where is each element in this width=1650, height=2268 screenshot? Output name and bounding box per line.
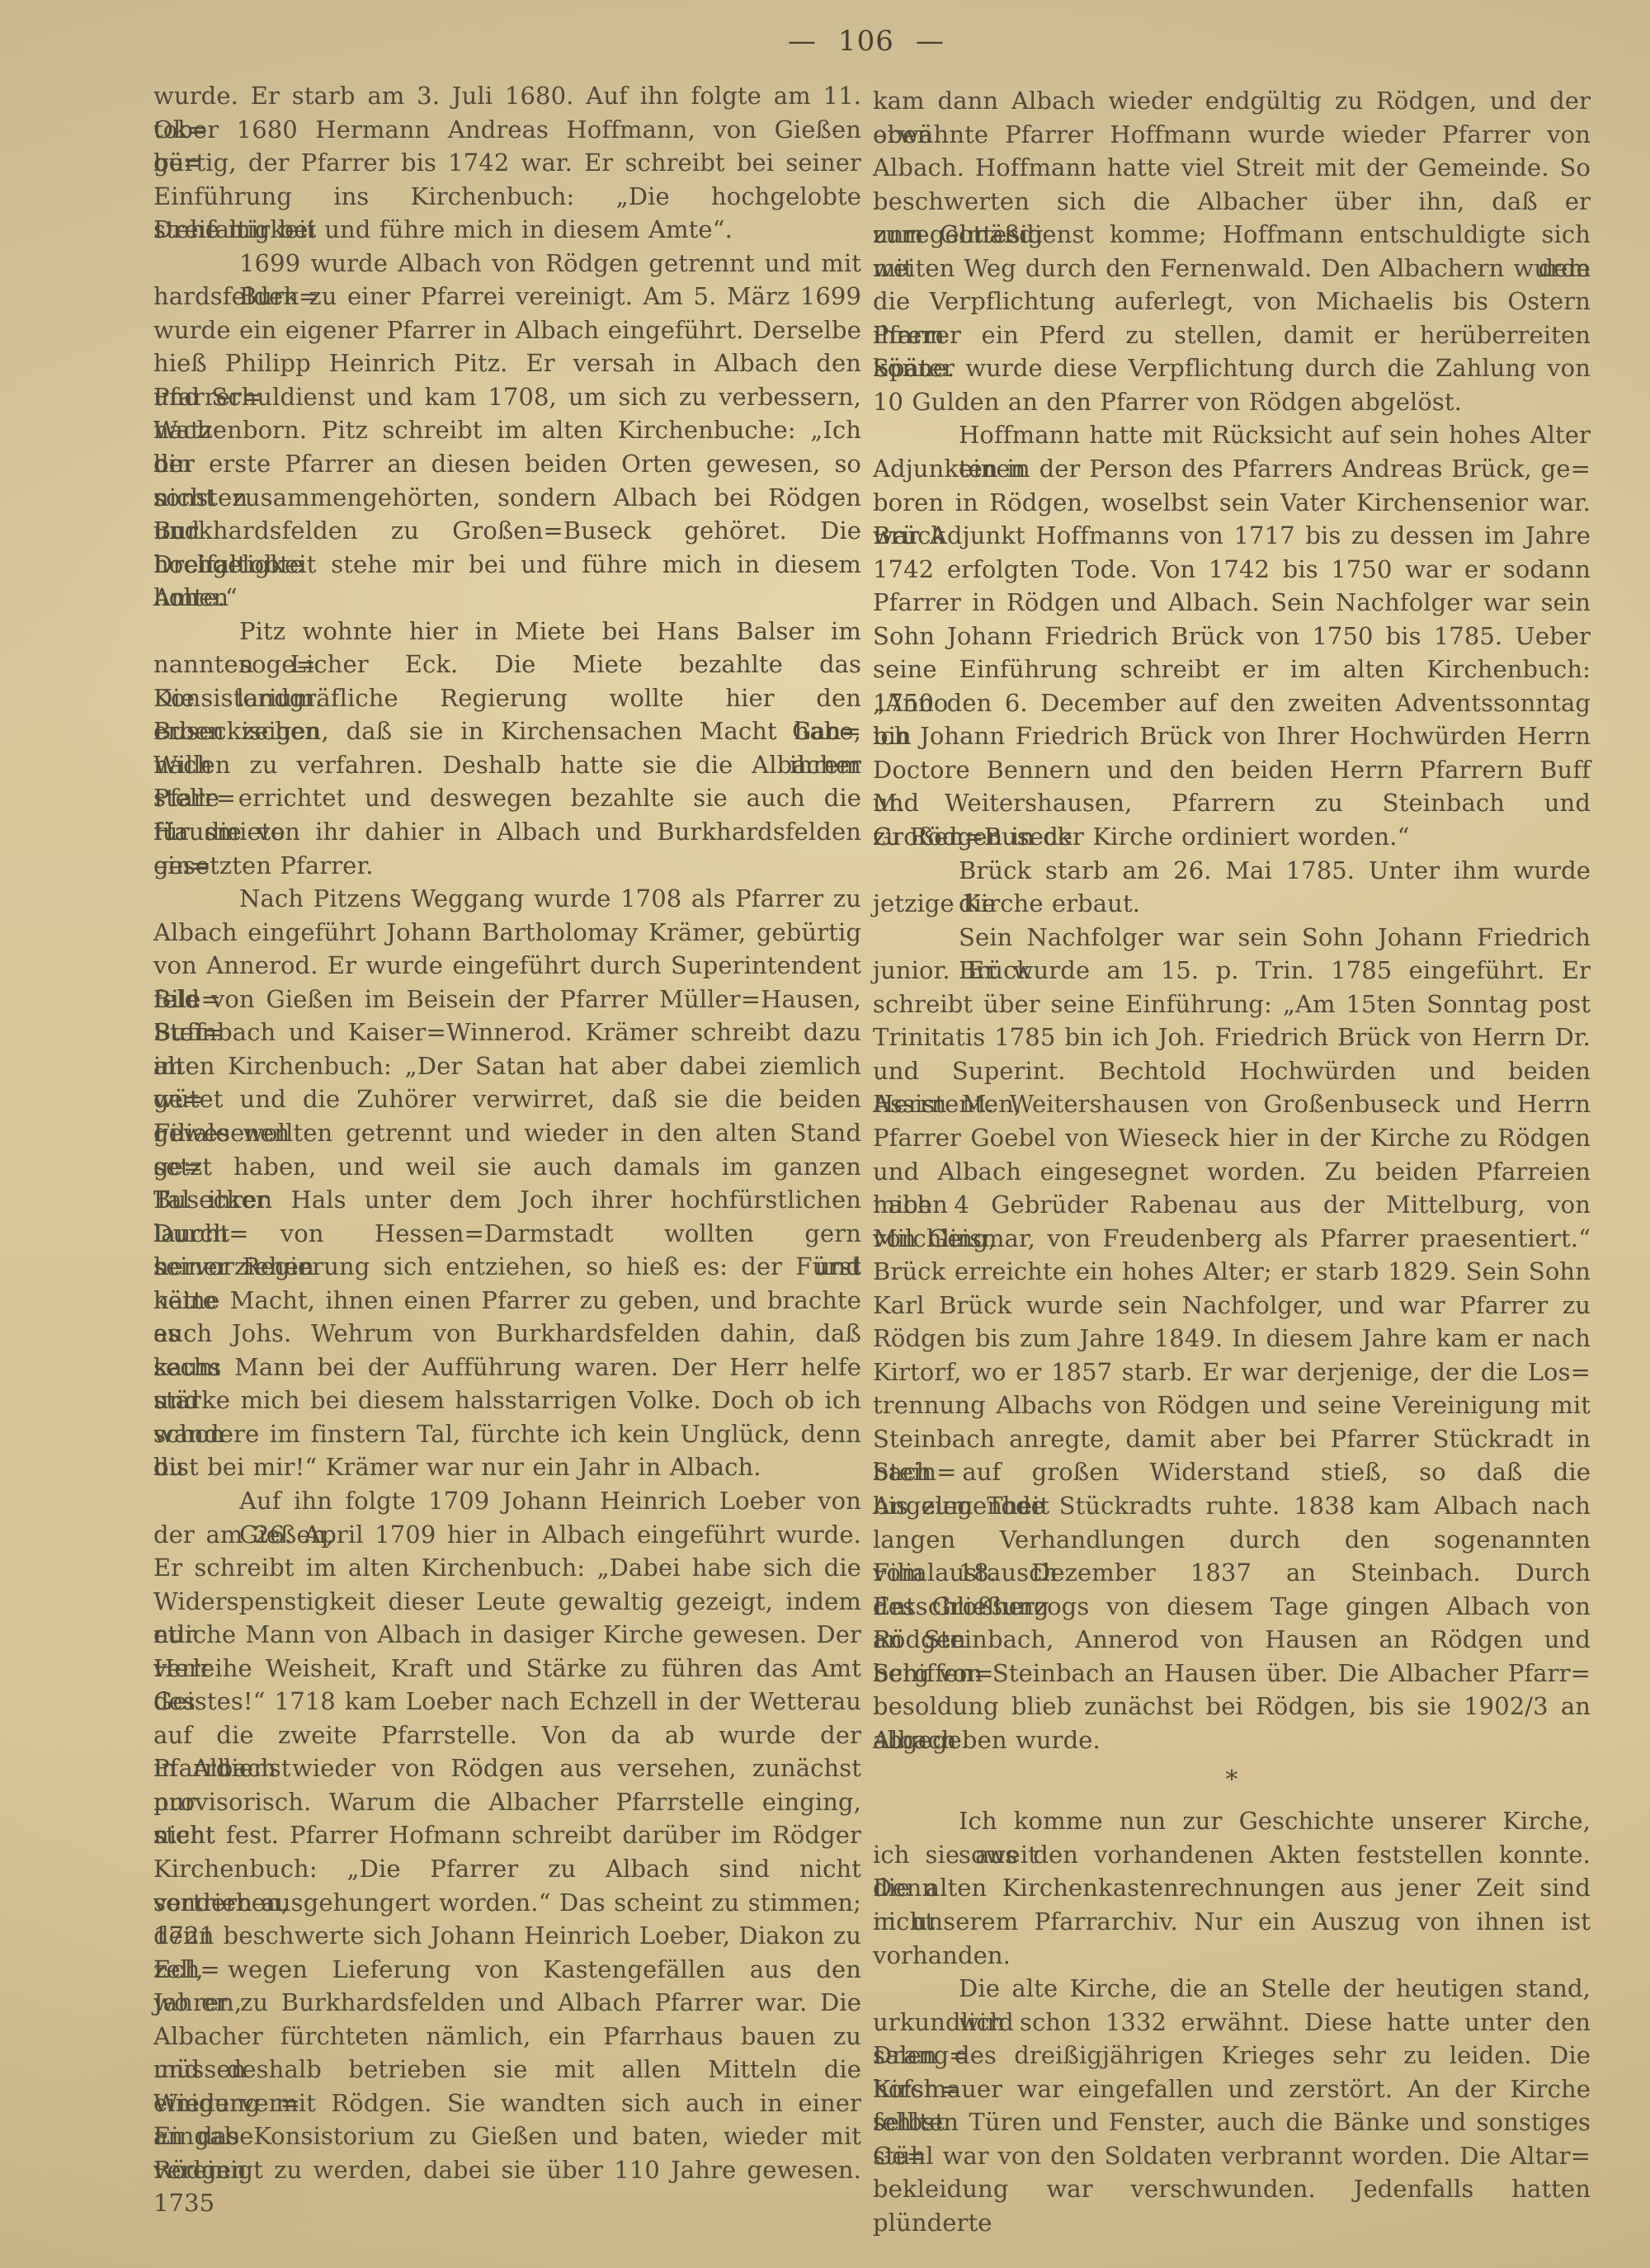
text-line: Sohn Johann Friedrich Brück von 1750 bis…: [873, 620, 1591, 653]
text-line: Pfarrer ein Pferd zu stellen, damit er h…: [873, 318, 1591, 352]
text-line: Albach eingeführt Johann Bartholomay Krä…: [153, 916, 861, 950]
text-line: in unserem Pfarrarchiv. Nur ein Auszug v…: [873, 1905, 1591, 1939]
text-line: abgegeben wurde.: [873, 1723, 1591, 1757]
page-number: 106: [838, 25, 894, 58]
text-line: zum Gottesdienst komme; Hoffmann entschu…: [873, 218, 1591, 252]
text-line: bürtig, der Pfarrer bis 1742 war. Er sch…: [153, 146, 861, 180]
text-line: verleihe Weisheit, Kraft und Stärke zu f…: [153, 1652, 861, 1686]
text-line: Willen zu verfahren. Deshalb hatte sie d…: [153, 748, 861, 782]
text-line: hofsmauer war eingefallen und zerstört. …: [873, 2072, 1591, 2106]
text-line: der erste Pfarrer an diesen beiden Orten…: [153, 447, 861, 481]
text-line: Nach Pitzens Weggang wurde 1708 als Pfar…: [153, 882, 861, 916]
text-line: Tal ihren Hals unter dem Joch ihrer hoch…: [153, 1183, 861, 1217]
text-line: Steinbach anregte, damit aber bei Pfarre…: [873, 1422, 1591, 1456]
text-line: Ich komme nun zur Geschichte unserer Kir…: [873, 1804, 1591, 1838]
text-line: Hoffmann hatte mit Rücksicht auf sein ho…: [873, 418, 1591, 452]
text-line: setzt haben, und weil sie auch damals im…: [153, 1150, 861, 1184]
text-line: Pfarrer in Rödgen und Albach. Sein Nachf…: [873, 586, 1591, 620]
text-line: Kirtorf, wo er 1857 starb. Er war derjen…: [873, 1356, 1591, 1389]
text-line: ich sie aus den vorhandenen Akten festst…: [873, 1838, 1591, 1872]
text-line: des Großherzogs von diesem Tage gingen A…: [873, 1590, 1591, 1624]
text-line: stehe mir bei und führe mich in diesem A…: [153, 213, 861, 247]
text-line: Er schreibt im alten Kirchenbuch: „Dabei…: [153, 1551, 861, 1585]
text-line: berg von Steinbach an Hausen über. Die A…: [873, 1657, 1591, 1690]
text-line: nicht fest. Pfarrer Hofmann schreibt dar…: [153, 1818, 861, 1852]
text-line: Rödgen bis zum Jahre 1849. In diesem Jah…: [873, 1322, 1591, 1356]
text-line: fehlten Türen und Fenster, auch die Bänk…: [873, 2105, 1591, 2139]
text-line: stelle errichtet und deswegen bezahlte s…: [153, 781, 861, 815]
text-line: erben zeigen, daß sie in Kirchensachen M…: [153, 714, 861, 748]
text-line: an Steinbach, Annerod von Hausen an Rödg…: [873, 1623, 1591, 1657]
text-line: zu Rödgen in der Kirche ordiniert worden…: [873, 820, 1591, 854]
text-line: 1742 erfolgten Tode. Von 1742 bis 1750 w…: [873, 553, 1591, 587]
text-line: auch Johs. Wehrum von Burkhardsfelden da…: [153, 1317, 861, 1351]
text-line: stärke mich bei diesem halsstarrigen Vol…: [153, 1384, 861, 1417]
text-line: Später wurde diese Verpflichtung durch d…: [873, 351, 1591, 385]
text-line: Dreifaltigkeit stehe mir bei und führe m…: [153, 548, 861, 582]
text-line: sechs Mann bei der Aufführung waren. Der…: [153, 1351, 861, 1384]
text-line: und Schuldienst und kam 1708, um sich zu…: [153, 380, 861, 414]
text-line: nicht zusammengehörten, sondern Albach b…: [153, 481, 861, 515]
text-line: sondern ausgehungert worden.“ Das schein…: [153, 1886, 861, 1920]
text-line: von Geismar, von Freudenberg als Pfarrer…: [873, 1222, 1591, 1256]
text-line: Watzenborn. Pitz schreibt im alten Kirch…: [153, 413, 861, 447]
text-line: wütet und die Zuhörer verwirret, daß sie…: [153, 1082, 861, 1116]
text-line: Albach. Hoffmann hatte viel Streit mit d…: [873, 151, 1591, 185]
text-line: von Annerod. Er wurde eingeführt durch S…: [153, 949, 861, 983]
text-line: hieß Philipp Heinrich Pitz. Er versah in…: [153, 347, 861, 380]
text-line: boren in Rödgen, woselbst sein Vater Kir…: [873, 486, 1591, 520]
text-column-left: wurde. Er starb am 3. Juli 1680. Auf ihn…: [153, 79, 861, 2186]
text-line: Karl Brück wurde sein Nachfolger, und wa…: [873, 1289, 1591, 1323]
text-line: und Albach eingesegnet worden. Zu beiden…: [873, 1155, 1591, 1189]
text-line: einigung mit Rödgen. Sie wandten sich au…: [153, 2086, 861, 2120]
text-line: Albacher fürchteten nämlich, ein Pfarrha…: [153, 2020, 861, 2053]
text-line: junior. Er wurde am 15. p. Trin. 1785 ei…: [873, 954, 1591, 988]
page-header: —106—: [82, 25, 1650, 58]
text-line: ich Johann Friedrich Brück von Ihrer Hoc…: [873, 719, 1591, 753]
text-line: seine Einführung schreibt er im alten Ki…: [873, 653, 1591, 686]
text-line: keine Macht, ihnen einen Pfarrer zu gebe…: [153, 1284, 861, 1318]
text-line: für die von ihr dahier in Albach und Bur…: [153, 815, 861, 849]
text-line: urkundlich schon 1332 erwähnt. Diese hat…: [873, 2006, 1591, 2039]
text-line: laucht von Hessen=Darmstadt wollten gern…: [153, 1217, 861, 1251]
text-line: Amte.“: [153, 581, 861, 615]
text-line: hardsfelden zu einer Pfarrei vereinigt. …: [153, 280, 861, 314]
text-line: Auf ihn folgte 1709 Johann Heinrich Loeb…: [153, 1484, 861, 1518]
text-line: Einführung ins Kirchenbuch: „Die hochgel…: [153, 180, 861, 214]
text-line: Widerspenstigkeit dieser Leute gewaltig …: [153, 1585, 861, 1619]
text-line: vorhanden.: [873, 1939, 1591, 1973]
text-line: vereinigt zu werden, dabei sie über 110 …: [153, 2153, 861, 2187]
text-line: die Verpflichtung auferlegt, von Michael…: [873, 285, 1591, 318]
text-line: Doctore Bennern und den beiden Herrn Pfa…: [873, 753, 1591, 787]
text-line: wo er zu Burkhardsfelden und Albach Pfar…: [153, 1986, 861, 2020]
text-line: gesetzten Pfarrer.: [153, 849, 861, 883]
text-line: Kirchenbuch: „Die Pfarrer zu Albach sind…: [153, 1852, 861, 1886]
text-line: M. Weitershausen, Pfarrern zu Steinbach …: [873, 786, 1591, 820]
text-line: tober 1680 Hermann Andreas Hoffmann, von…: [153, 113, 861, 147]
text-line: an das Konsistorium zu Gießen und baten,…: [153, 2119, 861, 2153]
text-line: Steinbach und Kaiser=Winnerod. Krämer sc…: [153, 1016, 861, 1049]
text-line: beschwerten sich die Albacher über ihn, …: [873, 185, 1591, 219]
text-line: zell, wegen Lieferung von Kastengefällen…: [153, 1953, 861, 1987]
text-line: schreibt über seine Einführung: „Am 15te…: [873, 988, 1591, 1021]
text-line: 10 Gulden an den Pfarrer von Rödgen abge…: [873, 385, 1591, 419]
text-line: war Adjunkt Hoffmanns von 1717 bis zu de…: [873, 519, 1591, 553]
text-line: Geistes!“ 1718 kam Loeber nach Echzell i…: [153, 1685, 861, 1719]
text-line: 1721 beschwerte sich Johann Heinrich Loe…: [153, 1919, 861, 1953]
text-line: jetzige Kirche erbaut.: [873, 887, 1591, 921]
text-line: die alten Kirchenkastenrechnungen aus je…: [873, 1871, 1591, 1905]
text-line: besoldung blieb zunächst bei Rödgen, bis…: [873, 1690, 1591, 1723]
text-line: Herrn M. Weitershausen von Großenbuseck …: [873, 1087, 1591, 1121]
text-line: Brück starb am 26. Mai 1785. Unter ihm w…: [873, 854, 1591, 888]
text-line: wandere im finstern Tal, fürchte ich kei…: [153, 1417, 861, 1451]
text-line: 1750 den 6. December auf den zweiten Adv…: [873, 686, 1591, 720]
text-column-right: kam dann Albach wieder endgültig zu Rödg…: [873, 84, 1591, 2206]
text-line: langen Verhandlungen durch den sogenannt…: [873, 1523, 1591, 1557]
text-line: provisorisch. Warum die Albacher Pfarrst…: [153, 1785, 861, 1819]
text-line: salen des dreißigjährigen Krieges sehr z…: [873, 2039, 1591, 2072]
text-line: bis zum Tode Stückradts ruhte. 1838 kam …: [873, 1489, 1591, 1523]
text-line: trennung Albachs von Rödgen und seine Ve…: [873, 1389, 1591, 1422]
text-line: vom 18. Dezember 1837 an Steinbach. Durc…: [873, 1556, 1591, 1590]
text-line: wurde ein eigener Pfarrer in Albach eing…: [153, 314, 861, 347]
text-line: erwähnte Pfarrer Hoffmann wurde wieder P…: [873, 118, 1591, 152]
text-line: bekleidung war verschwunden. Jedenfalls …: [873, 2172, 1591, 2206]
text-line: Pitz wohnte hier in Miete bei Hans Balse…: [153, 615, 861, 648]
text-line: mich 4 Gebrüder Rabenau aus der Mittelbu…: [873, 1188, 1591, 1222]
text-line: nannten Licher Eck. Die Miete bezahlte d…: [153, 648, 861, 681]
text-line: Die alte Kirche, die an Stelle der heuti…: [873, 1972, 1591, 2006]
text-line: etliche Mann von Albach in dasiger Kirch…: [153, 1618, 861, 1652]
text-line: auf die zweite Pfarrstelle. Von da ab wu…: [153, 1719, 861, 1752]
text-line: Pfarrer Goebel von Wieseck hier in der K…: [873, 1121, 1591, 1155]
text-line: bist bei mir!“ Krämer war nur ein Jahr i…: [153, 1450, 861, 1484]
text-line: 1699 wurde Albach von Rödgen getrennt un…: [153, 247, 861, 281]
text-line: Filiale wollten getrennt und wieder in d…: [153, 1116, 861, 1150]
text-line: kam dann Albach wieder endgültig zu Rödg…: [873, 84, 1591, 118]
text-line: und Superint. Bechtold Hochwürden und be…: [873, 1054, 1591, 1088]
text-line: Trinitatis 1785 bin ich Joh. Friedrich B…: [873, 1021, 1591, 1054]
text-line: alten Kirchenbuch: „Der Satan hat aber d…: [153, 1049, 861, 1083]
text-line: und deshalb betrieben sie mit allen Mitt…: [153, 2053, 861, 2086]
text-line: in Albach wieder von Rödgen aus versehen…: [153, 1752, 861, 1785]
text-line: Adjunkten in der Person des Pfarrers And…: [873, 452, 1591, 486]
header-dash-right: —: [916, 25, 945, 58]
text-line: der am 26. April 1709 hier in Albach ein…: [153, 1518, 861, 1552]
text-line: feld von Gießen im Beisein der Pfarrer M…: [153, 983, 861, 1016]
text-line: bach auf großen Widerstand stieß, so daß…: [873, 1455, 1591, 1489]
text-line: Sein Nachfolger war sein Sohn Johann Fri…: [873, 921, 1591, 955]
text-line: weiten Weg durch den Fernenwald. Den Alb…: [873, 252, 1591, 285]
text-line: Die landgräfliche Regierung wollte hier …: [153, 681, 861, 715]
text-line: Brück erreichte ein hohes Alter; er star…: [873, 1255, 1591, 1289]
text-line: wurde. Er starb am 3. Juli 1680. Auf ihn…: [153, 79, 861, 113]
section-divider: *: [873, 1756, 1591, 1804]
text-line: Burkhardsfelden zu Großen=Buseck gehöret…: [153, 514, 861, 548]
text-line: stühl war von den Soldaten verbrannt wor…: [873, 2139, 1591, 2173]
header-dash-left: —: [788, 25, 817, 58]
text-line: seiner Regierung sich entziehen, so hieß…: [153, 1250, 861, 1284]
